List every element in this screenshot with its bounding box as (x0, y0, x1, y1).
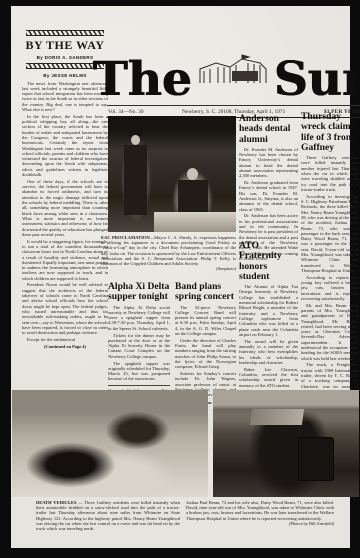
ato-headline: ATO Fraternity honors student (239, 241, 298, 282)
paragraph: Dr. Evander M. Anderson of Newberry has … (239, 147, 298, 179)
band-headline: Band plans spring concert (175, 282, 236, 303)
wreck-car-photo (12, 390, 208, 497)
photo-credit: (Sunphoto) (101, 266, 236, 271)
desk (154, 212, 236, 232)
masthead-title-the: The (93, 58, 192, 102)
ornament-rule-top (26, 30, 104, 36)
paragraph: Tickets for the dinner may be purchased … (108, 333, 170, 359)
paragraph: It would be a staggering figure, for exa… (22, 239, 108, 281)
paragraph: Baker Lee Clawson, Columbia, received th… (239, 367, 298, 388)
paragraph: Mr. and Mrs. Beam were parents of Mrs. Y… (301, 303, 358, 361)
seated-figure-head (187, 168, 198, 180)
paragraph: Except for the arithmetical (22, 337, 108, 342)
anderson-headline: Anderson heads dental alumni (239, 114, 298, 145)
proclamation-caption: EAC PROCLAMATION—Mayor C. A. Shealy, Jr.… (101, 235, 236, 271)
caption-text: — Three Gaffney residents were killed in… (36, 500, 180, 531)
photo-credit: (Photos by Bill Armfield) (186, 521, 334, 526)
opera-house-illustration (196, 53, 270, 92)
wreck-truck-photo (213, 390, 359, 497)
truck-grille (298, 437, 334, 481)
alpha-xi-headline: Alpha Xi Delta supper tonight (108, 282, 170, 303)
column-divider (108, 385, 170, 386)
continued-notice: (Continued on Page 4) (22, 344, 108, 349)
by-the-way-body: The news from Washington one afternoon l… (22, 81, 108, 343)
paragraph: The Alpha Xi Delta social sorority at Ne… (108, 305, 170, 331)
band-article: Band plans spring concert The 32-piece N… (175, 282, 236, 405)
death-vehicles-caption-left: DEATH VEHICLES — Three Gaffney residents… (36, 500, 180, 531)
standing-figure-body (124, 145, 147, 215)
newspaper-scan: { "colors": { "paper": "#e6e4de", "ink":… (0, 0, 360, 558)
paragraph: In the first place, the South has been a… (22, 114, 108, 178)
proclamation-photo (108, 116, 236, 232)
paragraph: According to investigating S. C. Highway… (301, 194, 358, 273)
masthead: The Sun (108, 44, 360, 102)
caption-text: —Mayor C. A. Shealy, Jr. expresses happi… (101, 235, 236, 266)
seated-figure-body (178, 180, 208, 214)
paragraph: According to reports the young boy suffe… (301, 275, 358, 301)
paragraph: The spaghetti supper was originally sche… (108, 361, 170, 382)
truck-windshield (250, 409, 304, 425)
paragraph: President Nixon would be well advised to… (22, 282, 108, 335)
caption-text: Joshua Paul Beam, 73 and his wife also, … (186, 500, 334, 521)
paragraph: One of these days, if the schools are to… (22, 179, 108, 237)
by-the-way-title: BY THE WAY (22, 38, 108, 53)
paragraph: Dr. Anderson graduated from Emory’s dent… (239, 180, 298, 212)
volume-number: Vol. 34—No. 30 (108, 109, 144, 115)
paragraph: Under the direction of Charles Fruits, t… (175, 338, 236, 370)
paragraph: Three Gaffney residents were killed inst… (301, 155, 358, 192)
masthead-title-sun: Sun (274, 58, 360, 102)
paragraph: The 32-piece Newberry College Concert Ba… (175, 305, 236, 337)
alpha-xi-article: Alpha Xi Delta supper tonight The Alpha … (108, 282, 170, 404)
standing-figure-head (131, 135, 140, 145)
newspaper-page: BY THE WAY By DORIS A. SANDERS By JESSE … (11, 6, 350, 548)
paragraph: The Alumni of Alpha Tau Omega fraternity… (239, 284, 298, 337)
paragraph: The award will be given annually to a me… (239, 339, 298, 365)
wreck-headline: Thursday wreck claims life of 3 from Gaf… (301, 112, 358, 153)
death-vehicles-caption-right: Joshua Paul Beam, 73 and his wife also, … (186, 500, 334, 526)
